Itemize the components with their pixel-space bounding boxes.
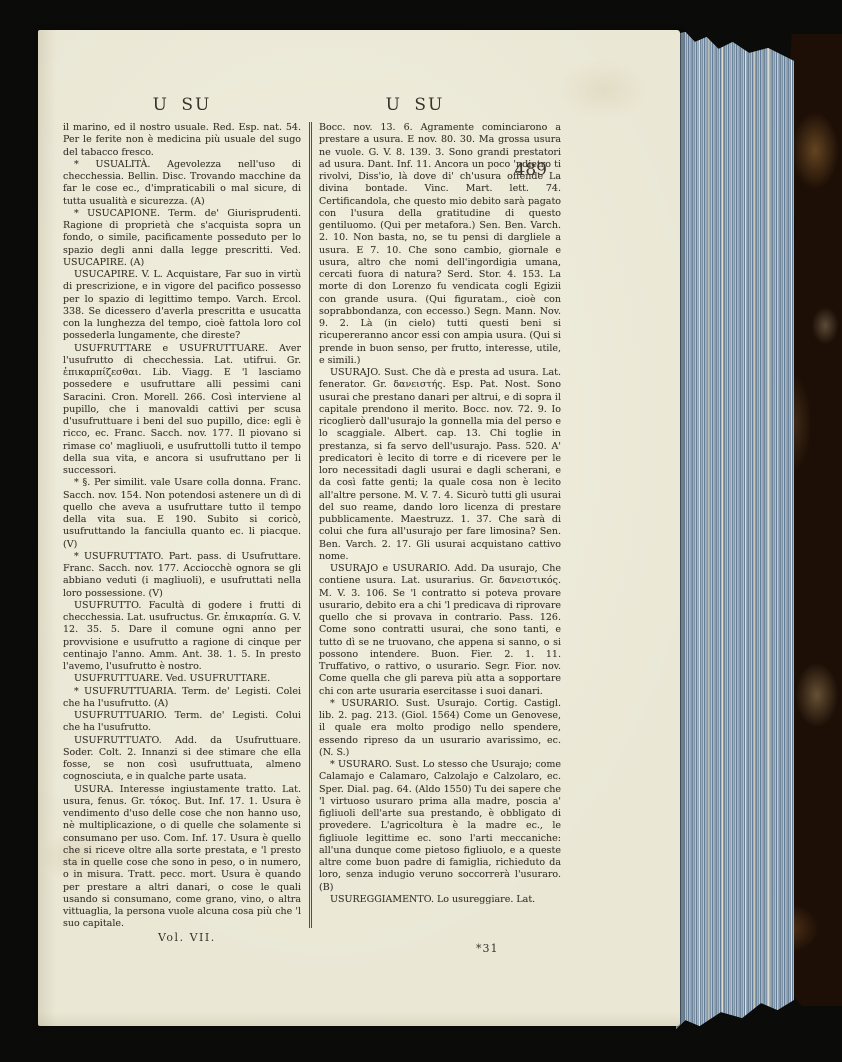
volume-footer: Vol. VII. [158,931,216,944]
text-column-right: Bocc. nov. 13. 6. Agramente cominciarono… [319,122,561,932]
dictionary-paragraph: USUFRUTTO. Facultà di godere i frutti di… [63,600,301,674]
signature-mark: *31 [476,942,499,955]
dictionary-paragraph: il marino, ed il nostro usuale. Red. Esp… [63,122,301,159]
dictionary-paragraph: * USUFRUTTATO. Part. pass. di Usufruttar… [63,551,301,600]
dictionary-paragraph: USUCAPIRE. V. L. Acquistare, Far suo in … [63,269,301,343]
dictionary-paragraph: USUFRUTTUATO. Add. da Usufruttuare. Sode… [63,735,301,784]
running-title-right: U SU [315,95,515,115]
dictionary-paragraph: * USUFRUTTUARIA. Term. de' Legisti. Cole… [63,686,301,711]
dictionary-paragraph: USUREGGIAMENTO. Lo usureggiare. Lat. [319,894,561,906]
book-photo: U SU U SU 489 il marino, ed il nostro us… [0,0,842,1062]
dictionary-paragraph: USUFRUTTUARE. Ved. USUFRUTTARE. [63,673,301,685]
dictionary-paragraph: * USURARO. Sust. Lo stesso che Usurajo; … [319,759,561,894]
dictionary-paragraph: Bocc. nov. 13. 6. Agramente cominciarono… [319,122,561,367]
dictionary-paragraph: USURAJO e USURARIO. Add. Da usurajo, Che… [319,563,561,698]
running-title-left: U SU [63,95,301,115]
column-divider-rule [309,122,312,928]
page-stack-fore-edge [676,30,794,1032]
dictionary-paragraph: * §. Per similit. vale Usare colla donna… [63,477,301,551]
dictionary-paragraph: USURAJO. Sust. Che dà e presta ad usura.… [319,367,561,563]
dictionary-paragraph: * USUALITÀ. Agevolezza nell'uso di checc… [63,159,301,208]
dictionary-paragraph: * USURARIO. Sust. Usurajo. Cortig. Casti… [319,698,561,759]
text-column-left: il marino, ed il nostro usuale. Red. Esp… [63,122,301,932]
dictionary-paragraph: USUFRUTTUARIO. Term. de' Legisti. Colui … [63,710,301,735]
book-page: U SU U SU 489 il marino, ed il nostro us… [38,30,680,1026]
dictionary-paragraph: USUFRUTTARE e USUFRUTTUARE. Aver l'usufr… [63,343,301,478]
dictionary-paragraph: * USUCAPIONE. Term. de' Giurisprudenti. … [63,208,301,269]
text-columns: il marino, ed il nostro usuale. Red. Esp… [63,122,561,932]
dictionary-paragraph: USURA. Interesse ingiustamente tratto. L… [63,784,301,931]
running-head: U SU U SU 489 [38,95,680,119]
